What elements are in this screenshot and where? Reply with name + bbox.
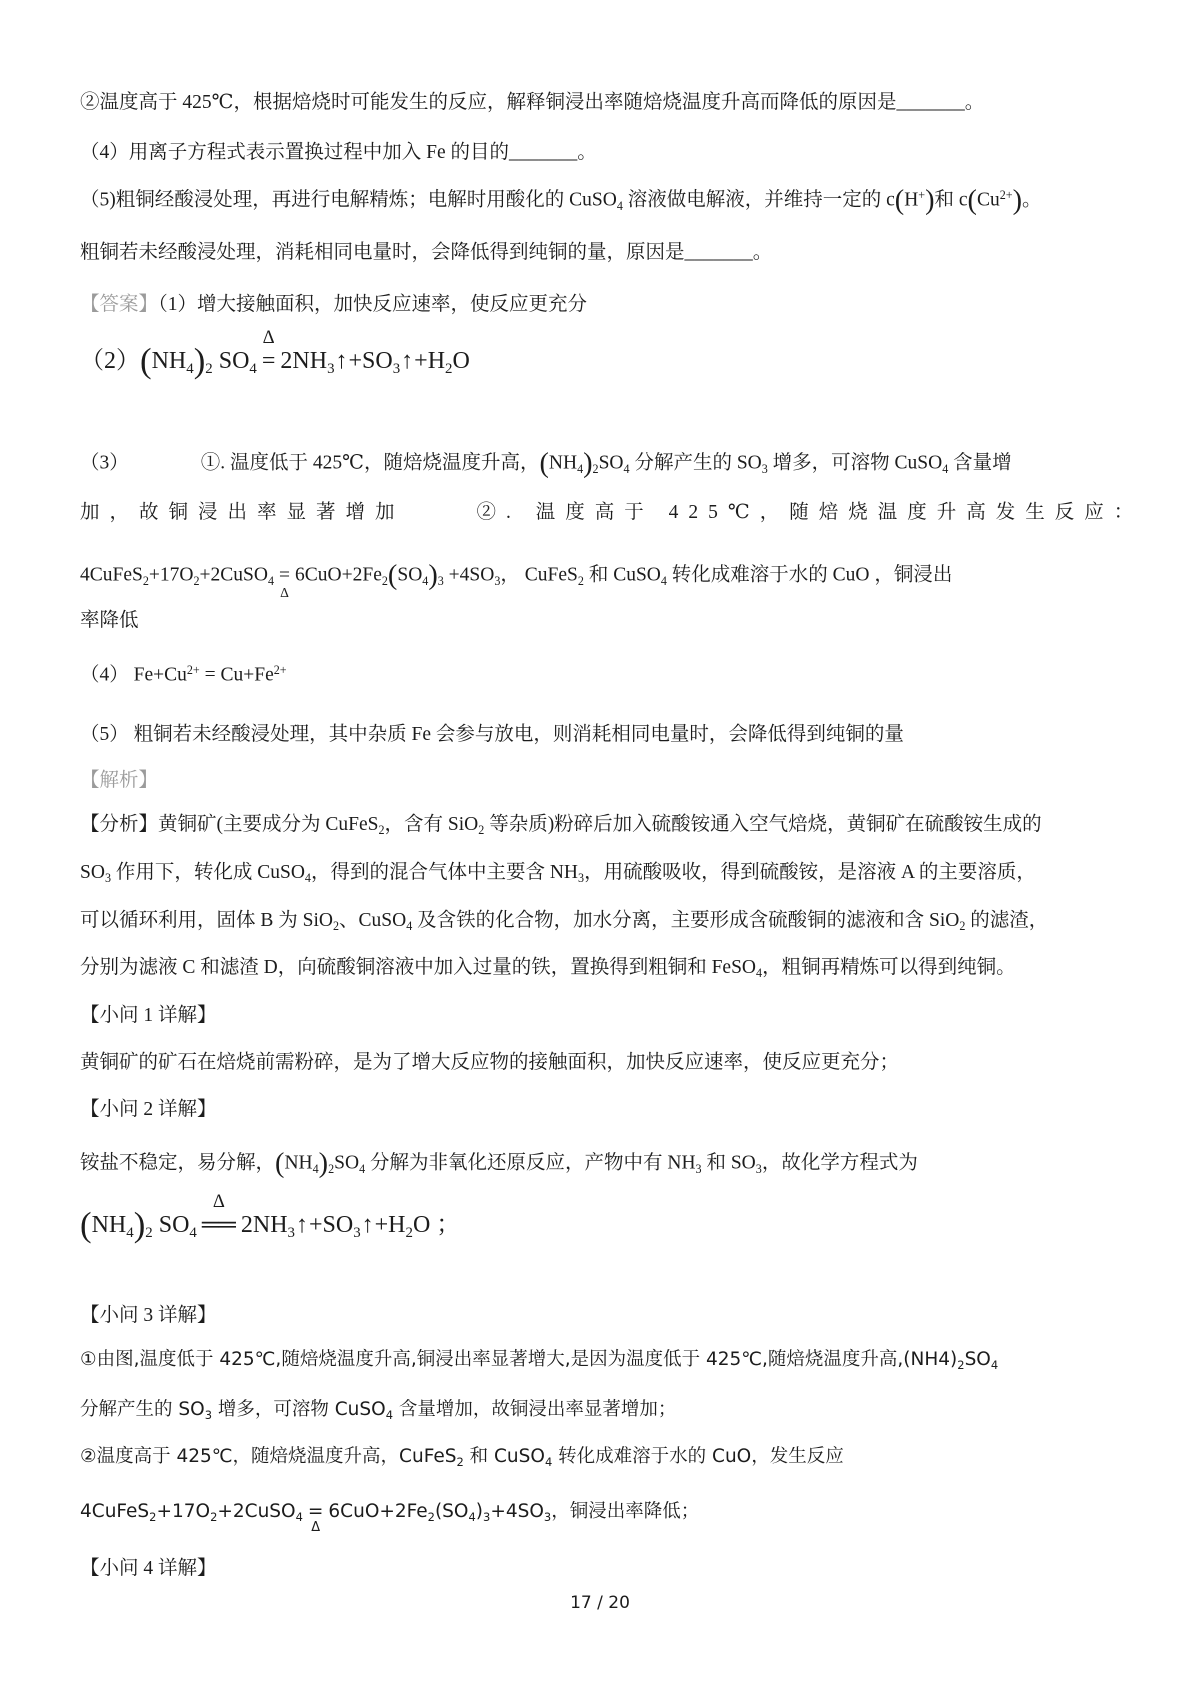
delta-over-equals: Δ══ [199,1209,239,1241]
gas-arrow-icon: ↑ [361,1212,375,1238]
section-label: 【答案】 [80,294,158,315]
gas-arrow-icon: ↑ [335,348,349,374]
analysis-section-label: 【解析】 [80,768,1125,794]
question-3-sub2: ②温度高于 425℃，根据焙烧时可能发生的反应，解释铜浸出率随焙烧温度升高而降低… [80,90,1125,116]
tall-paren: ( [80,1205,92,1244]
detail-1-label: 【小问 1 详解】 [80,1003,1125,1029]
answer-3-equation: 4CuFeS2+17O2+2CuSO4Δ=6CuO+2Fe2(SO4)3 +4S… [80,557,1125,595]
answer-3-part1: （3）①. 温度低于 425℃，随焙烧温度升高，(NH4)2SO4 分解产生的 … [80,445,1125,483]
detail-3-text-1: ①由图,温度低于 425℃,随焙烧温度升高,铜浸出率显著增大,是因为温度低于 4… [80,1348,1125,1373]
page-number: 17 / 20 [0,1593,1200,1613]
answer-4-equation: （4） Fe+Cu2+ = Cu+Fe2+ [80,662,1125,689]
question-5: （5)粗铜经酸浸处理，再进行电解精炼；电解时用酸化的 CuSO4 溶液做电解液，… [80,182,1125,220]
answer-blank: _______ [896,92,964,113]
analysis-intro-1: 【分析】黄铜矿(主要成分为 CuFeS2，含有 SiO2 等杂质)粉碎后加入硫酸… [80,812,1125,839]
detail-3-equation: 4CuFeS2+17O2+2CuSO4Δ=6CuO+2Fe2(SO4)3+4SO… [80,1500,1125,1525]
answer-blank: _______ [685,242,753,263]
detail-3-text-2: 分解产生的 SO3 增多，可溶物 CuSO4 含量增加，故铜浸出率显著增加； [80,1398,1125,1423]
tall-paren: ( [388,560,397,591]
detail-4-label: 【小问 4 详解】 [80,1556,1125,1582]
answer-2-equation: （2）(NH4)2 SO4Δ=2NH3↑+SO3↑+H2O [80,338,1125,385]
section-label: 【解析】 [80,770,158,791]
tall-paren: ) [1013,185,1022,216]
answer-blank: _______ [509,142,577,163]
gas-arrow-icon: ↑ [295,1212,309,1238]
answer-label-and-1: 【答案】（1）增大接触面积，加快反应速率，使反应更充分 [80,292,1125,318]
detail-2-equation: (NH4)2 SO4Δ══2NH3↑+SO3↑+H2O ； [80,1202,1125,1249]
tall-paren: ) [134,1205,146,1244]
gas-arrow-icon: ↑ [400,348,414,374]
delta-under-equals: Δ= [305,1500,327,1525]
answer-3-part2: 加，故铜浸出率显著增加②. 温度高于 425℃，随焙烧温度升高发生反应： [80,500,1125,526]
delta-under-equals: Δ= [276,563,293,589]
detail-2-label: 【小问 2 详解】 [80,1097,1125,1123]
tall-paren: ) [925,185,934,216]
document-page: ②温度高于 425℃，根据焙烧时可能发生的反应，解释铜浸出率随焙烧温度升高而降低… [0,0,1200,1697]
question-4: （4）用离子方程式表示置换过程中加入 Fe 的目的_______。 [80,140,1125,166]
tall-paren: ) [319,1148,328,1179]
tall-paren: ( [140,341,152,380]
analysis-intro-2: SO3 作用下，转化成 CuSO4，得到的混合气体中主要含 NH3，用硫酸吸收，… [80,860,1125,887]
detail-2-text: 铵盐不稳定，易分解，(NH4)2SO4 分解为非氧化还原反应，产物中有 NH3 … [80,1145,1125,1183]
answer-3-part3: 率降低 [80,608,1125,634]
delta-over-equals: Δ= [259,345,279,377]
tall-paren: ) [428,560,437,591]
detail-1-text: 黄铜矿的矿石在焙烧前需粉碎，是为了增大反应物的接触面积，加快反应速率，使反应更充… [80,1050,1125,1076]
question-5-cont: 粗铜若未经酸浸处理，消耗相同电量时，会降低得到纯铜的量，原因是_______。 [80,240,1125,266]
tall-paren: ( [895,185,904,216]
analysis-intro-4: 分别为滤液 C 和滤渣 D，向硫酸铜溶液中加入过量的铁，置换得到粗铜和 FeSO… [80,955,1125,982]
analysis-intro-3: 可以循环利用，固体 B 为 SiO2、CuSO4 及含铁的化合物，加水分离，主要… [80,908,1125,935]
tall-paren: ( [968,185,977,216]
tall-paren: ) [194,341,206,380]
detail-3-text-3: ②温度高于 425℃，随焙烧温度升高，CuFeS2 和 CuSO4 转化成难溶于… [80,1445,1125,1470]
tall-paren: ) [583,448,592,479]
detail-3-label: 【小问 3 详解】 [80,1303,1125,1329]
tall-paren: ( [539,448,548,479]
answer-5: （5） 粗铜若未经酸浸处理，其中杂质 Fe 会参与放电，则消耗相同电量时，会降低… [80,722,1125,748]
